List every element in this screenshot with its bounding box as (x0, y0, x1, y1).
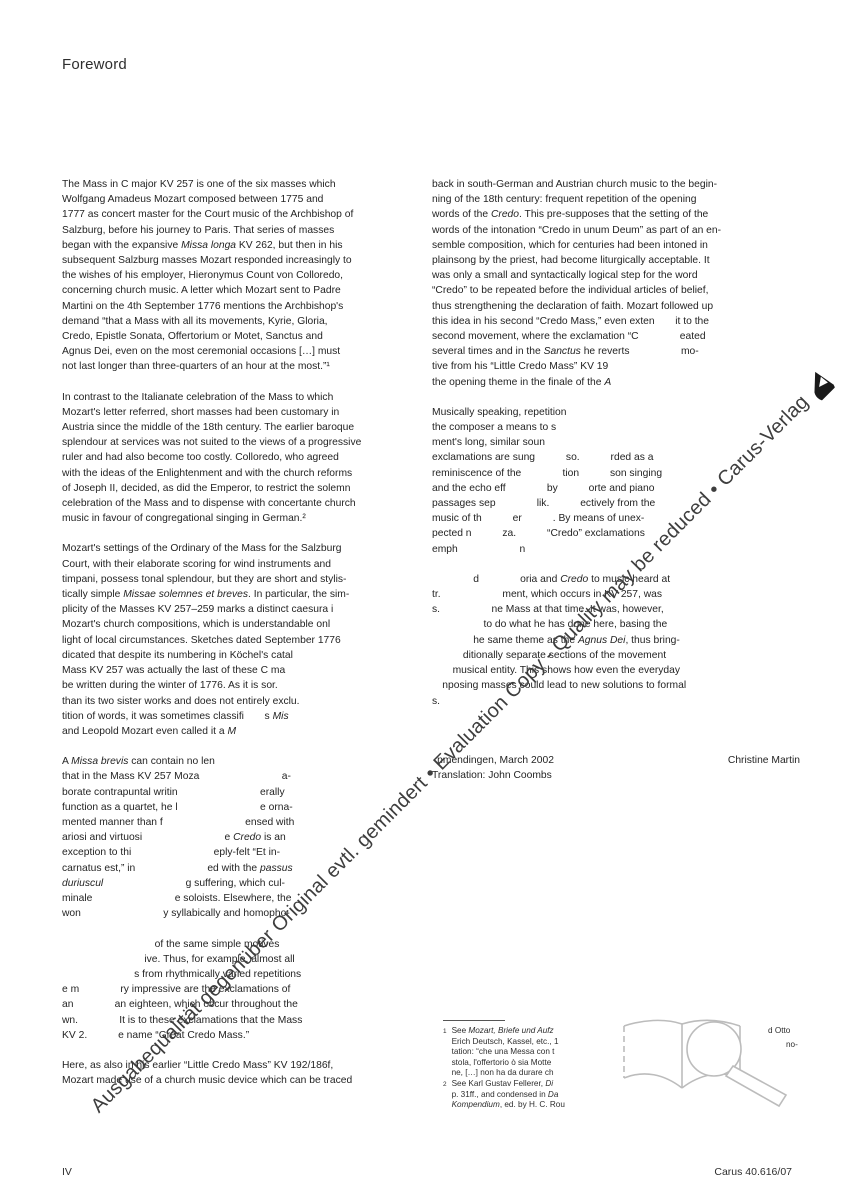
footnote-text: See Mozart, Briefe und Aufz Erich Deutsc… (452, 1026, 559, 1079)
right-column: back in south-German and Austrian church… (432, 177, 800, 783)
page-title: Foreword (62, 56, 127, 73)
signature-block: nmendingen, March 2002 Christine Martin … (432, 753, 800, 783)
paragraph: The Mass in C major KV 257 is one of the… (62, 177, 430, 375)
footnote-text: See Karl Gustav Fellerer, Di p. 31ff., a… (452, 1079, 565, 1111)
book-magnifier-logo-icon (610, 1014, 800, 1114)
footnote-marker: 1 (443, 1026, 447, 1079)
document-page: Foreword The Mass in C major KV 257 is o… (0, 0, 852, 1200)
page-number: IV (62, 1166, 72, 1178)
paragraph: back in south-German and Austrian church… (432, 177, 800, 390)
paragraph: Musically speaking, repetition the compo… (432, 405, 800, 557)
carus-logo-icon (802, 365, 839, 402)
translation-credit: Translation: John Coombs (432, 768, 800, 783)
footnote-marker: 2 (443, 1079, 447, 1111)
paragraph: In contrast to the Italianate celebratio… (62, 390, 430, 527)
footnote-rule (443, 1020, 505, 1021)
catalog-number: Carus 40.616/07 (714, 1166, 792, 1178)
paragraph: Mozart's settings of the Ordinary of the… (62, 541, 430, 739)
author-name: Christine Martin (728, 753, 800, 768)
paragraph: A Missa brevis can contain no len that i… (62, 754, 430, 1043)
